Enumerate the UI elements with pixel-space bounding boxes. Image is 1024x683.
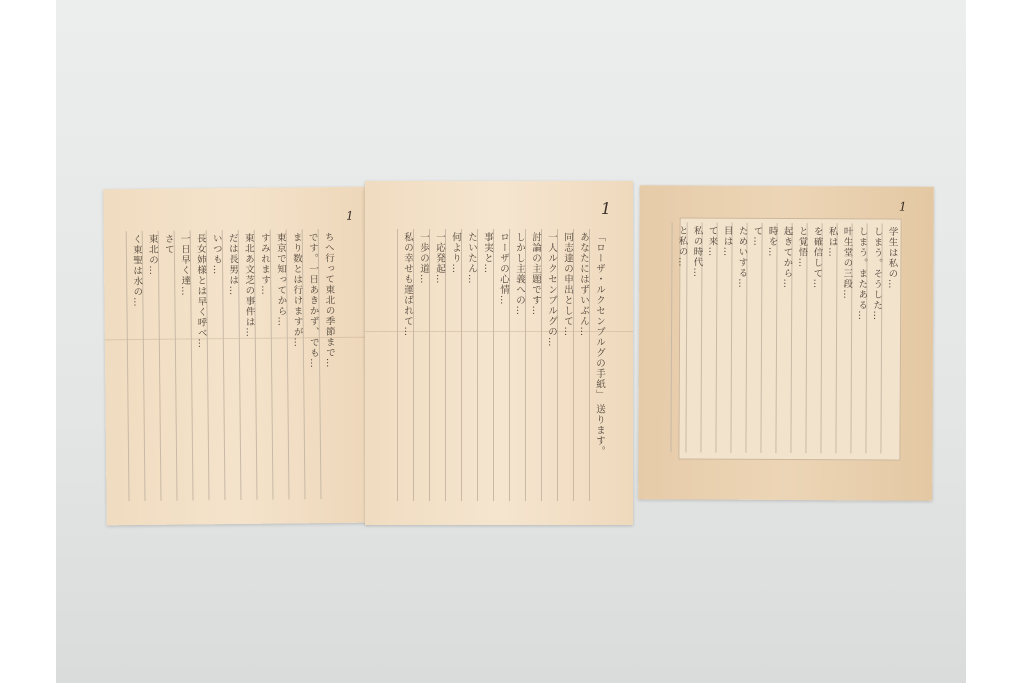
text-column: 東北あ文芝の事件は… <box>241 233 258 503</box>
text-column: しまう。そうした… <box>868 226 883 456</box>
text-column: 事実と… <box>480 232 494 504</box>
manuscript-left: 1 ちへ行って東北の季節まで… です。一日あきかず、でも… まり数とは行けますが… <box>103 187 371 526</box>
page-number: 1 <box>601 199 611 218</box>
writing-columns: ちへ行って東北の季節まで… です。一日あきかず、でも… まり数とは行けますが… … <box>126 229 337 501</box>
page-number: 1 <box>346 209 354 223</box>
text-column: 一歩の道… <box>416 232 430 504</box>
text-column: 私の時代… <box>688 225 703 455</box>
text-column: と私の… <box>673 225 688 455</box>
text-column: 学生は私の… <box>883 227 898 457</box>
text-column: 一日早く達… <box>177 233 194 503</box>
text-column: 目は… <box>718 226 733 456</box>
text-column: です。一日あきかず、でも… <box>305 232 322 502</box>
photo-backdrop: 1 ちへ行って東北の季節まで… です。一日あきかず、でも… まり数とは行けますが… <box>56 0 966 683</box>
text-column: 東京で知ってから… <box>273 232 290 502</box>
text-column: 同志達の申出として… <box>560 232 574 504</box>
manuscript-middle: 1 「ローザ・ルクセンブルグの手紙」 送ります。 あなたにはずいぶん… 同志達の… <box>365 181 633 525</box>
text-column: まり数とは行けますが… <box>289 232 306 502</box>
writing-columns: 「ローザ・ルクセンブルグの手紙」 送ります。 あなたにはずいぶん… 同志達の申出… <box>397 229 605 501</box>
text-column: 時を… <box>763 226 778 456</box>
text-column: ローザの心情… <box>496 232 510 504</box>
text-column: を確信して… <box>808 226 823 456</box>
text-column: 何より… <box>448 232 462 504</box>
manuscript-right: 1 学生は私の… しまう。そうした… しまう。またある… 叶生堂の三段… 私は…… <box>638 185 934 501</box>
text-column: て… <box>748 226 763 456</box>
text-column: しかし主義への… <box>512 232 526 504</box>
text-column: 「ローザ・ルクセンブルグの手紙」 送ります。 <box>592 232 606 504</box>
text-column: 一人ルクセンブルグの… <box>544 232 558 504</box>
text-column: ちへ行って東北の季節まで… <box>321 232 338 502</box>
text-column: さて <box>161 234 178 504</box>
text-column: く東聖は水の… <box>129 234 146 504</box>
page-number: 1 <box>899 200 907 214</box>
text-column: 私の幸せも運ばれて… <box>400 232 414 504</box>
text-column: だは長男は… <box>225 233 242 503</box>
text-column: たいたん… <box>464 232 478 504</box>
text-column: いつも… <box>209 233 226 503</box>
text-column: ためいする… <box>733 226 748 456</box>
text-column: 長女姉様とは早く呼べ… <box>193 233 210 503</box>
text-column: と覚悟… <box>793 226 808 456</box>
text-column: て来… <box>703 226 718 456</box>
text-column: すみれます… <box>257 233 274 503</box>
text-column: 叶生堂の三段… <box>838 226 853 456</box>
text-column: 討論の主題です… <box>528 232 542 504</box>
text-column: あなたにはずいぶん… <box>576 232 590 504</box>
text-column: 起きてから… <box>778 226 793 456</box>
inner-page: 1 学生は私の… しまう。そうした… しまう。またある… 叶生堂の三段… 私は…… <box>678 217 901 460</box>
text-column: 東北の… <box>145 234 162 504</box>
text-column: 一応発起… <box>432 232 446 504</box>
writing-columns: 学生は私の… しまう。そうした… しまう。またある… 叶生堂の三段… 私は… を… <box>670 222 896 453</box>
text-column: 私は… <box>823 226 838 456</box>
text-column: しまう。またある… <box>853 226 868 456</box>
